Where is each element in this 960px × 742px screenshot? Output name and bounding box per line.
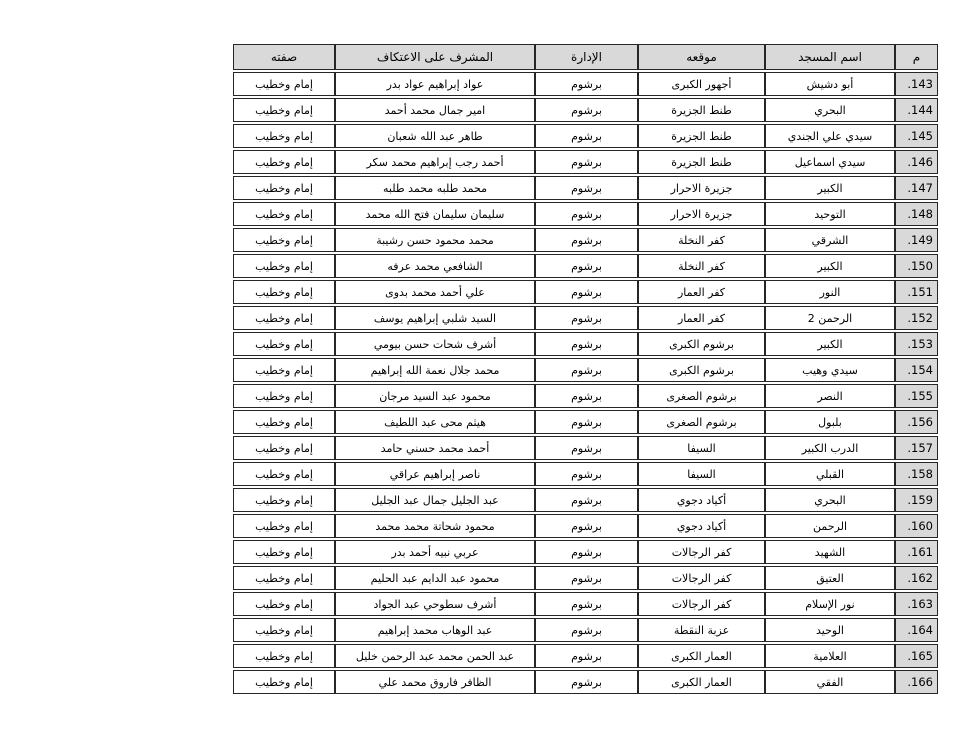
column-header-num: م xyxy=(895,44,938,70)
cell-location: العمار الكبرى xyxy=(638,644,765,668)
cell-location: عزبة النقطة xyxy=(638,618,765,642)
cell-location: العمار الكبرى xyxy=(638,670,765,694)
cell-mosque: أبو دشيش xyxy=(765,72,895,96)
table-row: 150.الكبيركفر النخلةبرشومالشافعي محمد عر… xyxy=(233,254,938,278)
cell-mosque: الرحمن 2 xyxy=(765,306,895,330)
cell-num: 150. xyxy=(895,254,938,278)
cell-admin: برشوم xyxy=(535,358,638,382)
cell-location: السيفا xyxy=(638,436,765,460)
cell-admin: برشوم xyxy=(535,488,638,512)
table-row: 163.نور الإسلامكفر الرجالاتبرشومأشرف سطو… xyxy=(233,592,938,616)
cell-admin: برشوم xyxy=(535,592,638,616)
column-header-admin: الإدارة xyxy=(535,44,638,70)
table-row: 162.العتيقكفر الرجالاتبرشوممحمود عبد الد… xyxy=(233,566,938,590)
cell-admin: برشوم xyxy=(535,306,638,330)
cell-mosque: العتيق xyxy=(765,566,895,590)
cell-location: كفر العمار xyxy=(638,306,765,330)
cell-location: برشوم الكبرى xyxy=(638,358,765,382)
table-row: 154.سيدي وهيببرشوم الكبرىبرشوممحمد جلال … xyxy=(233,358,938,382)
cell-supervisor: عبد الوهاب محمد إبراهيم xyxy=(335,618,535,642)
cell-location: طنط الجزيرة xyxy=(638,98,765,122)
cell-admin: برشوم xyxy=(535,514,638,538)
table-header-row: ماسم المسجدموقعهالإدارةالمشرف على الاعتك… xyxy=(233,44,938,70)
cell-title: إمام وخطيب xyxy=(233,72,335,96)
column-header-supervisor: المشرف على الاعتكاف xyxy=(335,44,535,70)
cell-num: 145. xyxy=(895,124,938,148)
cell-num: 147. xyxy=(895,176,938,200)
cell-supervisor: امير جمال محمد أحمد xyxy=(335,98,535,122)
cell-admin: برشوم xyxy=(535,228,638,252)
cell-mosque: الكبير xyxy=(765,254,895,278)
cell-supervisor: ناصر إبراهيم عراقي xyxy=(335,462,535,486)
cell-location: أجهور الكبرى xyxy=(638,72,765,96)
cell-location: أكياد دجوي xyxy=(638,488,765,512)
table-row: 144.البحريطنط الجزيرةبرشومامير جمال محمد… xyxy=(233,98,938,122)
cell-mosque: البحري xyxy=(765,488,895,512)
table-row: 161.الشهيدكفر الرجالاتبرشومعربي نبيه أحم… xyxy=(233,540,938,564)
cell-num: 155. xyxy=(895,384,938,408)
table-row: 148.التوحيدجزيرة الاحراربرشومسليمان سليم… xyxy=(233,202,938,226)
cell-supervisor: عبد الحمن محمد عبد الرحمن خليل xyxy=(335,644,535,668)
cell-supervisor: أحمد محمد حسني حامد xyxy=(335,436,535,460)
cell-title: إمام وخطيب xyxy=(233,228,335,252)
cell-supervisor: عربي نبيه أحمد بدر xyxy=(335,540,535,564)
cell-supervisor: أشرف سطوحي عبد الجواد xyxy=(335,592,535,616)
mosques-table: ماسم المسجدموقعهالإدارةالمشرف على الاعتك… xyxy=(233,42,938,696)
cell-supervisor: علي أحمد محمد بدوى xyxy=(335,280,535,304)
cell-supervisor: الظافر فاروق محمد علي xyxy=(335,670,535,694)
cell-mosque: الفقي xyxy=(765,670,895,694)
cell-title: إمام وخطيب xyxy=(233,176,335,200)
cell-mosque: سيدي اسماعيل xyxy=(765,150,895,174)
cell-admin: برشوم xyxy=(535,410,638,434)
cell-admin: برشوم xyxy=(535,436,638,460)
table-row: 147.الكبيرجزيرة الاحراربرشوممحمد طلبه مح… xyxy=(233,176,938,200)
table-row: 156.بلبولبرشوم الصغرىبرشومهيثم محى عبد ا… xyxy=(233,410,938,434)
cell-num: 165. xyxy=(895,644,938,668)
cell-location: جزيرة الاحرار xyxy=(638,202,765,226)
cell-admin: برشوم xyxy=(535,98,638,122)
cell-supervisor: الشافعي محمد عرفه xyxy=(335,254,535,278)
cell-mosque: بلبول xyxy=(765,410,895,434)
cell-num: 146. xyxy=(895,150,938,174)
cell-title: إمام وخطيب xyxy=(233,254,335,278)
cell-location: برشوم الصغرى xyxy=(638,384,765,408)
table-row: 160.الرحمنأكياد دجويبرشوممحمود شحاتة محم… xyxy=(233,514,938,538)
cell-location: كفر الرجالات xyxy=(638,566,765,590)
cell-admin: برشوم xyxy=(535,540,638,564)
cell-title: إمام وخطيب xyxy=(233,644,335,668)
cell-num: 144. xyxy=(895,98,938,122)
table-row: 155.النصربرشوم الصغرىبرشوممحمود عبد السي… xyxy=(233,384,938,408)
cell-location: كفر الرجالات xyxy=(638,540,765,564)
cell-title: إمام وخطيب xyxy=(233,670,335,694)
cell-admin: برشوم xyxy=(535,332,638,356)
table-row: 165.العلاميةالعمار الكبرىبرشومعبد الحمن … xyxy=(233,644,938,668)
cell-mosque: الوحيد xyxy=(765,618,895,642)
cell-num: 156. xyxy=(895,410,938,434)
cell-num: 157. xyxy=(895,436,938,460)
table-row: 159.البحريأكياد دجويبرشومعبد الجليل جمال… xyxy=(233,488,938,512)
cell-num: 158. xyxy=(895,462,938,486)
cell-supervisor: محمد محمود حسن رشيبة xyxy=(335,228,535,252)
cell-title: إمام وخطيب xyxy=(233,514,335,538)
cell-title: إمام وخطيب xyxy=(233,98,335,122)
cell-num: 159. xyxy=(895,488,938,512)
cell-title: إمام وخطيب xyxy=(233,488,335,512)
cell-num: 153. xyxy=(895,332,938,356)
table-row: 149.الشرقيكفر النخلةبرشوممحمد محمود حسن … xyxy=(233,228,938,252)
table-row: 146.سيدي اسماعيلطنط الجزيرةبرشومأحمد رجب… xyxy=(233,150,938,174)
cell-num: 164. xyxy=(895,618,938,642)
document-page: ماسم المسجدموقعهالإدارةالمشرف على الاعتك… xyxy=(0,0,960,742)
cell-mosque: الكبير xyxy=(765,176,895,200)
cell-location: كفر الرجالات xyxy=(638,592,765,616)
cell-admin: برشوم xyxy=(535,670,638,694)
cell-admin: برشوم xyxy=(535,618,638,642)
cell-supervisor: محمود عبد السيد مرجان xyxy=(335,384,535,408)
cell-location: جزيرة الاحرار xyxy=(638,176,765,200)
cell-mosque: الشرقي xyxy=(765,228,895,252)
cell-title: إمام وخطيب xyxy=(233,280,335,304)
cell-title: إمام وخطيب xyxy=(233,150,335,174)
table-body: 143.أبو دشيشأجهور الكبرىبرشومعواد إبراهي… xyxy=(233,72,938,694)
column-header-title: صفته xyxy=(233,44,335,70)
cell-supervisor: طاهر عبد الله شعبان xyxy=(335,124,535,148)
cell-admin: برشوم xyxy=(535,462,638,486)
cell-mosque: نور الإسلام xyxy=(765,592,895,616)
column-header-location: موقعه xyxy=(638,44,765,70)
cell-mosque: الكبير xyxy=(765,332,895,356)
cell-supervisor: أحمد رجب إبراهيم محمد سكر xyxy=(335,150,535,174)
cell-location: كفر النخلة xyxy=(638,228,765,252)
table-row: 143.أبو دشيشأجهور الكبرىبرشومعواد إبراهي… xyxy=(233,72,938,96)
table-row: 166.الفقيالعمار الكبرىبرشومالظافر فاروق … xyxy=(233,670,938,694)
cell-num: 151. xyxy=(895,280,938,304)
cell-location: برشوم الصغرى xyxy=(638,410,765,434)
cell-location: طنط الجزيرة xyxy=(638,150,765,174)
cell-location: كفر النخلة xyxy=(638,254,765,278)
cell-mosque: النور xyxy=(765,280,895,304)
cell-admin: برشوم xyxy=(535,644,638,668)
cell-num: 163. xyxy=(895,592,938,616)
cell-title: إمام وخطيب xyxy=(233,540,335,564)
cell-admin: برشوم xyxy=(535,202,638,226)
cell-supervisor: عواد إبراهيم عواد بدر xyxy=(335,72,535,96)
cell-supervisor: عبد الجليل جمال عبد الجليل xyxy=(335,488,535,512)
cell-admin: برشوم xyxy=(535,72,638,96)
cell-supervisor: هيثم محى عبد اللطيف xyxy=(335,410,535,434)
cell-mosque: القبلي xyxy=(765,462,895,486)
cell-num: 148. xyxy=(895,202,938,226)
cell-admin: برشوم xyxy=(535,254,638,278)
cell-title: إمام وخطيب xyxy=(233,436,335,460)
cell-supervisor: سليمان سليمان فتح الله محمد xyxy=(335,202,535,226)
table-row: 152.الرحمن 2كفر العماربرشومالسيد شلبي إب… xyxy=(233,306,938,330)
cell-num: 149. xyxy=(895,228,938,252)
cell-num: 152. xyxy=(895,306,938,330)
cell-location: السيفا xyxy=(638,462,765,486)
cell-mosque: التوحيد xyxy=(765,202,895,226)
table-row: 164.الوحيدعزبة النقطةبرشومعبد الوهاب محم… xyxy=(233,618,938,642)
cell-title: إمام وخطيب xyxy=(233,124,335,148)
column-header-mosque: اسم المسجد xyxy=(765,44,895,70)
cell-title: إمام وخطيب xyxy=(233,332,335,356)
cell-supervisor: السيد شلبي إبراهيم يوسف xyxy=(335,306,535,330)
cell-location: برشوم الكبرى xyxy=(638,332,765,356)
cell-title: إمام وخطيب xyxy=(233,462,335,486)
cell-admin: برشوم xyxy=(535,280,638,304)
cell-mosque: الرحمن xyxy=(765,514,895,538)
cell-title: إمام وخطيب xyxy=(233,592,335,616)
cell-admin: برشوم xyxy=(535,150,638,174)
table-row: 157.الدرب الكبيرالسيفابرشومأحمد محمد حسن… xyxy=(233,436,938,460)
table-row: 158.القبليالسيفابرشومناصر إبراهيم عراقيإ… xyxy=(233,462,938,486)
cell-title: إمام وخطيب xyxy=(233,202,335,226)
cell-title: إمام وخطيب xyxy=(233,566,335,590)
cell-location: طنط الجزيرة xyxy=(638,124,765,148)
cell-supervisor: محمد جلال نعمة الله إبراهيم xyxy=(335,358,535,382)
cell-title: إمام وخطيب xyxy=(233,410,335,434)
cell-num: 154. xyxy=(895,358,938,382)
cell-num: 161. xyxy=(895,540,938,564)
table-row: 151.النوركفر العماربرشومعلي أحمد محمد بد… xyxy=(233,280,938,304)
cell-admin: برشوم xyxy=(535,566,638,590)
cell-admin: برشوم xyxy=(535,176,638,200)
cell-mosque: الدرب الكبير xyxy=(765,436,895,460)
cell-title: إمام وخطيب xyxy=(233,306,335,330)
cell-num: 160. xyxy=(895,514,938,538)
cell-location: كفر العمار xyxy=(638,280,765,304)
cell-supervisor: محمود عبد الدايم عبد الحليم xyxy=(335,566,535,590)
cell-supervisor: محمد طلبه محمد طلبه xyxy=(335,176,535,200)
cell-title: إمام وخطيب xyxy=(233,358,335,382)
cell-mosque: سيدي وهيب xyxy=(765,358,895,382)
cell-title: إمام وخطيب xyxy=(233,384,335,408)
table-row: 153.الكبيربرشوم الكبرىبرشومأشرف شحات حسن… xyxy=(233,332,938,356)
cell-mosque: الشهيد xyxy=(765,540,895,564)
cell-admin: برشوم xyxy=(535,124,638,148)
cell-supervisor: محمود شحاتة محمد محمد xyxy=(335,514,535,538)
cell-location: أكياد دجوي xyxy=(638,514,765,538)
cell-admin: برشوم xyxy=(535,384,638,408)
cell-num: 162. xyxy=(895,566,938,590)
cell-mosque: العلامية xyxy=(765,644,895,668)
cell-num: 143. xyxy=(895,72,938,96)
cell-mosque: النصر xyxy=(765,384,895,408)
cell-num: 166. xyxy=(895,670,938,694)
cell-supervisor: أشرف شحات حسن بيومي xyxy=(335,332,535,356)
cell-mosque: سيدي علي الجندي xyxy=(765,124,895,148)
cell-mosque: البحري xyxy=(765,98,895,122)
cell-title: إمام وخطيب xyxy=(233,618,335,642)
table-row: 145.سيدي علي الجنديطنط الجزيرةبرشومطاهر … xyxy=(233,124,938,148)
